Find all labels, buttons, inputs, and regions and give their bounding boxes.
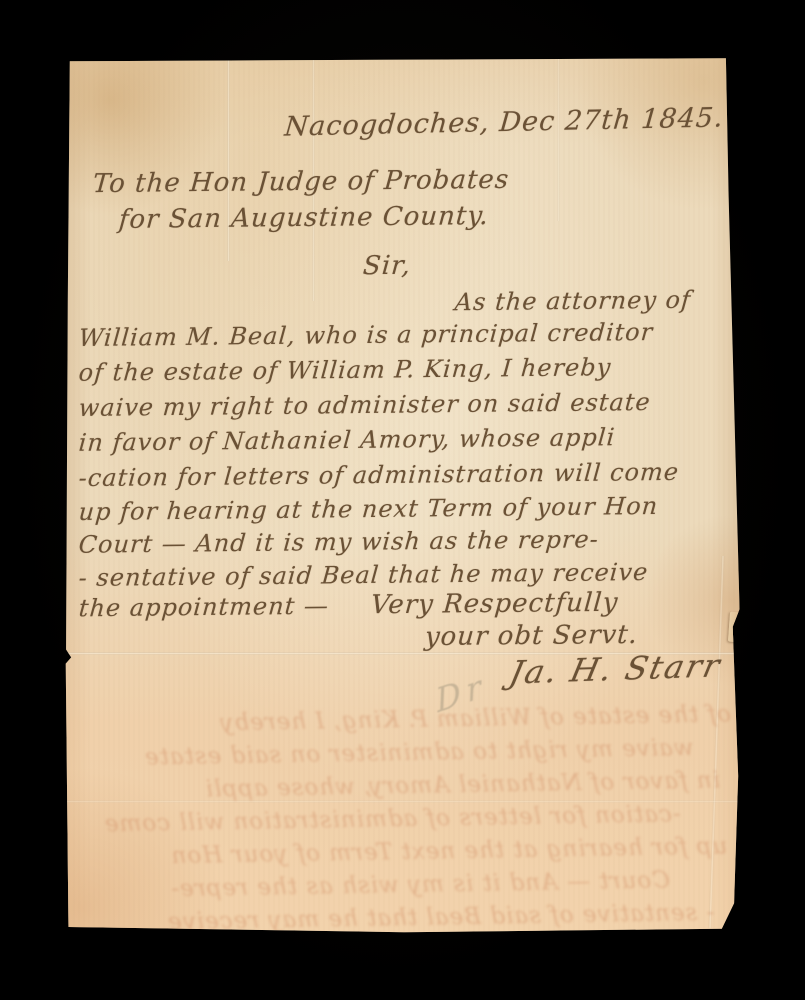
body-line: -cation for letters of administration wi… [78, 459, 680, 492]
closing-line-1: Very Respectfully [370, 589, 620, 620]
photo-backdrop: of the estate of William P. King, I here… [0, 0, 805, 1000]
ink-bleedthrough: of the estate of William P. King, I here… [71, 698, 736, 974]
address-line-2: for San Augustine County. [118, 202, 490, 234]
dateline: Nacogdoches, Dec 27th 1845. [283, 103, 725, 142]
closing-line-2: your obt Servt. [424, 621, 639, 652]
body-line: As the attorney of [454, 287, 692, 316]
body-line: in favor of Nathaniel Amory, whose appli [78, 424, 617, 456]
body-line: Court — And it is my wish as the repre- [78, 526, 600, 558]
body-line: William M. Beal, who is a principal cred… [78, 319, 655, 351]
body-line: the appointment — [78, 593, 330, 622]
letter-sheet: of the estate of William P. King, I here… [63, 56, 745, 934]
body-line: waive my right to administer on said est… [78, 389, 652, 421]
address-line-1: To the Hon Judge of Probates [92, 166, 511, 199]
body-line: of the estate of William P. King, I here… [78, 354, 613, 386]
fold-crease-vertical [557, 56, 560, 221]
body-line: up for hearing at the next Term of your … [78, 493, 660, 525]
torn-edge-flap [728, 612, 742, 643]
signature: Ja. H. Starr [506, 648, 724, 690]
salutation: Sir, [362, 252, 412, 281]
body-line: - sentative of said Beal that he may rec… [78, 559, 650, 591]
bleedthrough-line: William M. Beal, who is a principal cred… [75, 930, 691, 974]
